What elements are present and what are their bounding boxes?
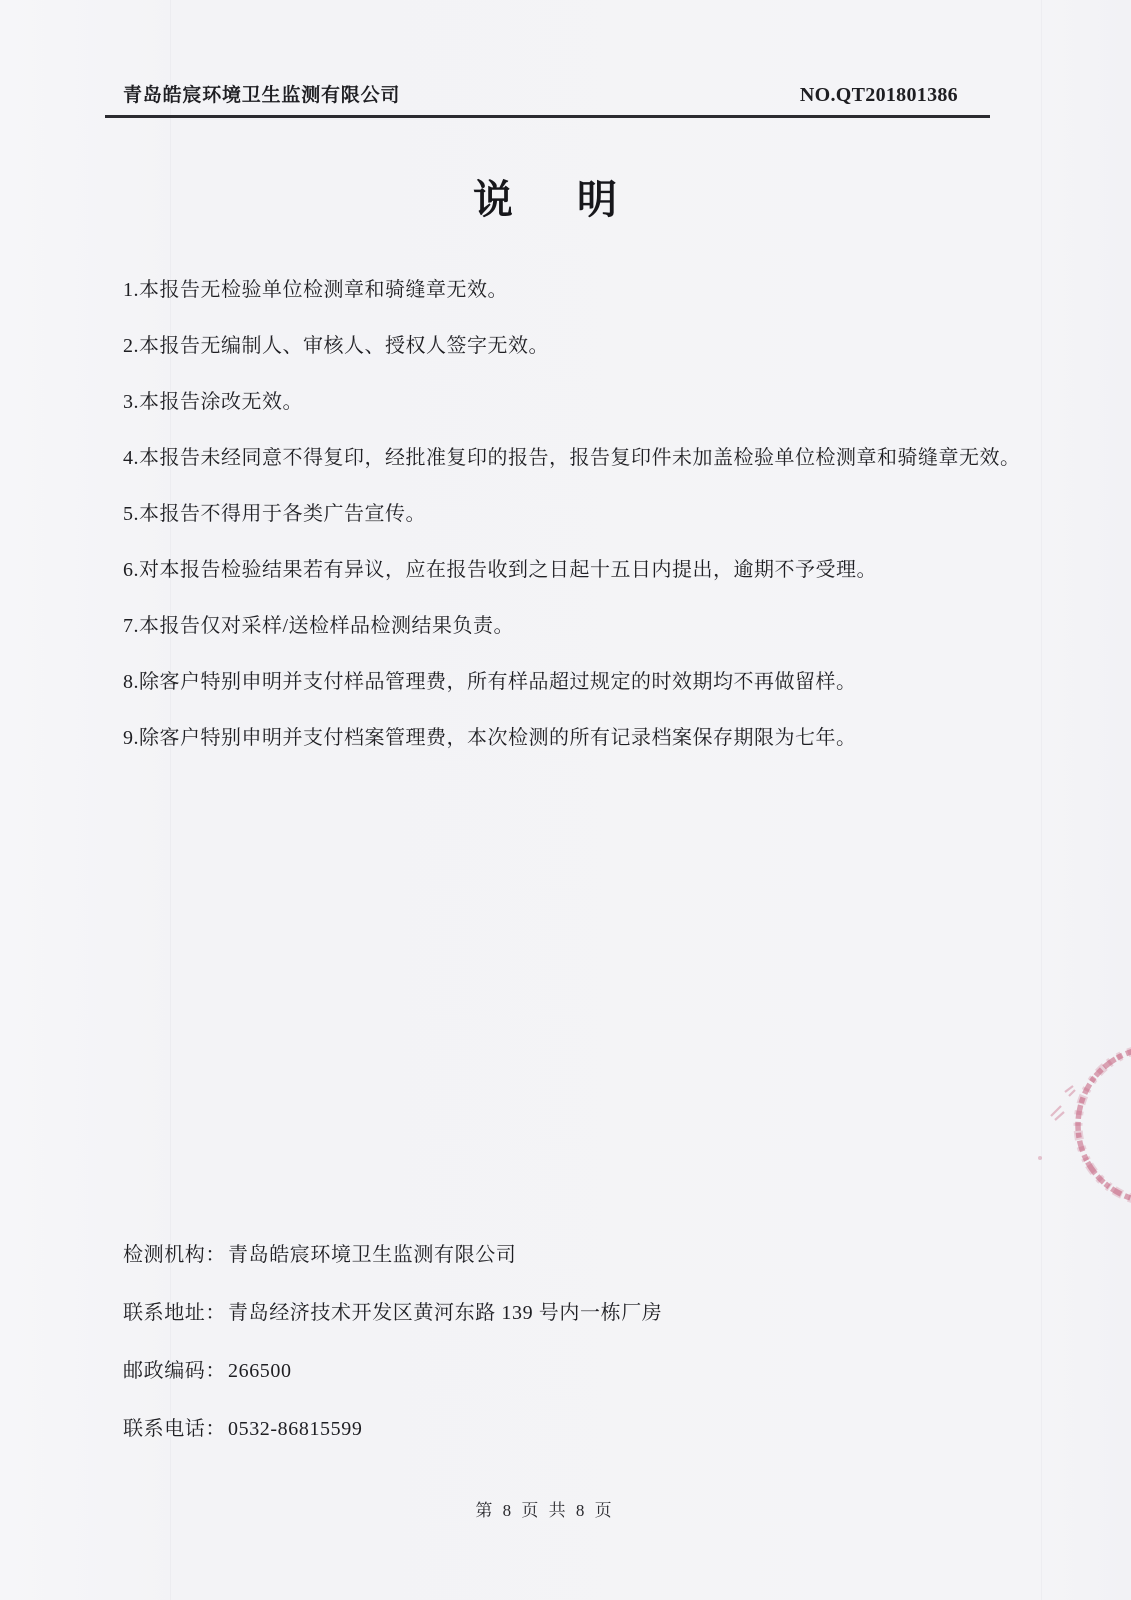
company-name: 青岛皓宸环境卫生监测有限公司 (105, 80, 400, 107)
contact-label: 联系电话： (123, 1418, 226, 1440)
partial-red-seal-icon (1031, 1040, 1131, 1210)
contact-section: 检测机构：青岛皓宸环境卫生监测有限公司 联系地址：青岛经济技术开发区黄河东路 1… (123, 1245, 823, 1477)
note-item: 4.本报告未经同意不得复印，经批准复印的报告，报告复印件未加盖检验单位检测章和骑… (123, 448, 1073, 468)
page-footer: 第 8 页 共 8 页 (0, 1496, 1090, 1521)
note-item: 8.除客户特别申明并支付样品管理费，所有样品超过规定的时效期均不再做留样。 (123, 672, 1073, 692)
contact-row-address: 联系地址：青岛经济技术开发区黄河东路 139 号内一栋厂房 (123, 1303, 823, 1324)
page-header: 青岛皓宸环境卫生监测有限公司 NO.QT201801386 (105, 80, 990, 118)
note-item: 1.本报告无检验单位检测章和骑缝章无效。 (123, 280, 1073, 300)
contact-label: 联系地址： (123, 1302, 226, 1324)
contact-value: 青岛经济技术开发区黄河东路 139 号内一栋厂房 (228, 1302, 662, 1324)
contact-label: 检测机构： (123, 1244, 226, 1266)
note-item: 2.本报告无编制人、审核人、授权人签字无效。 (123, 336, 1073, 356)
note-item: 6.对本报告检验结果若有异议，应在报告收到之日起十五日内提出，逾期不予受理。 (123, 560, 1073, 580)
note-item: 3.本报告涂改无效。 (123, 392, 1073, 412)
report-number: NO.QT201801386 (800, 84, 990, 107)
contact-value: 266500 (228, 1360, 292, 1382)
scan-artifact-line (1041, 0, 1042, 1600)
document-title: 说明 (0, 168, 1090, 225)
contact-value: 青岛皓宸环境卫生监测有限公司 (228, 1244, 516, 1266)
note-item: 7.本报告仅对采样/送检样品检测结果负责。 (123, 616, 1073, 636)
contact-row-agency: 检测机构：青岛皓宸环境卫生监测有限公司 (123, 1245, 823, 1266)
page-number: 第 8 页 共 8 页 (475, 1501, 614, 1520)
contact-row-postcode: 邮政编码：266500 (123, 1361, 823, 1382)
notes-section: 1.本报告无检验单位检测章和骑缝章无效。 2.本报告无编制人、审核人、授权人签字… (123, 280, 1073, 784)
document-title-wrap: 说明 (0, 168, 1090, 225)
contact-label: 邮政编码： (123, 1360, 226, 1382)
note-item: 9.除客户特别申明并支付档案管理费，本次检测的所有记录档案保存期限为七年。 (123, 728, 1073, 748)
note-item: 5.本报告不得用于各类广告宣传。 (123, 504, 1073, 524)
contact-value: 0532-86815599 (228, 1418, 362, 1440)
contact-row-phone: 联系电话：0532-86815599 (123, 1419, 823, 1440)
